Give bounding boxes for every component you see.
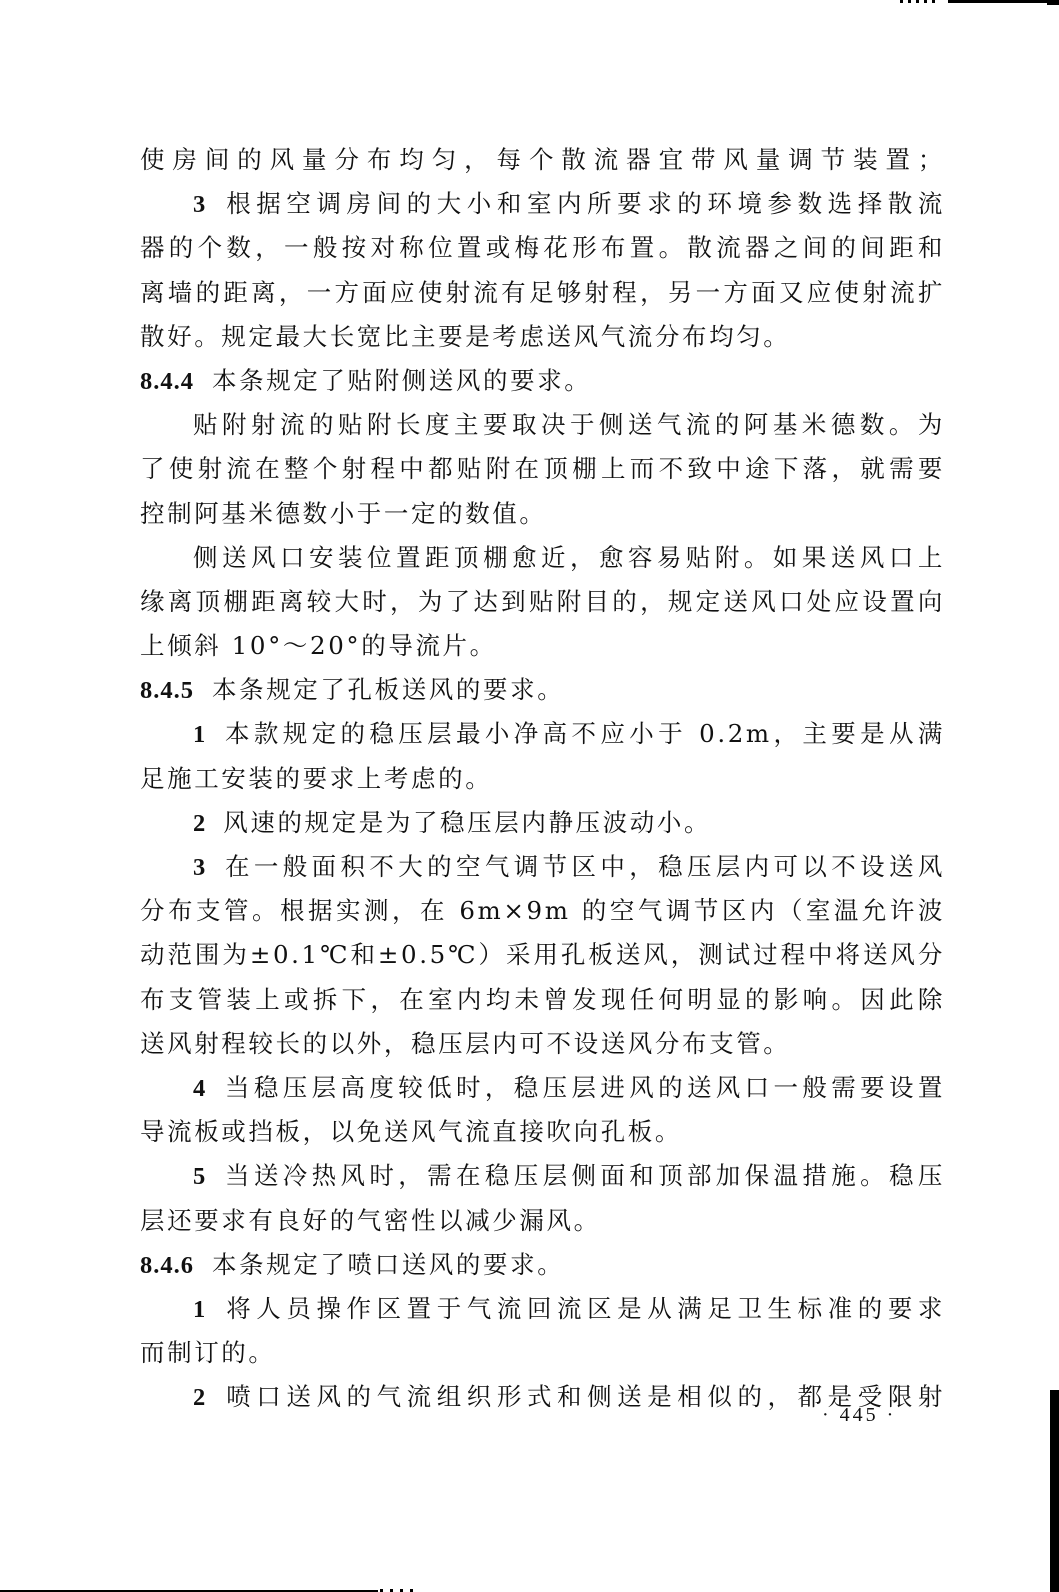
scan-artifact-top-marks — [900, 0, 940, 3]
text-line: 上倾斜 10°～20°的导流片。 — [140, 624, 945, 668]
text-line: 贴附射流的贴附长度主要取决于侧送气流的阿基米德数。为 — [140, 403, 945, 447]
list-item-line: 5当送冷热风时，需在稳压层侧面和顶部加保温措施。稳压 — [140, 1154, 945, 1198]
text-line: 侧送风口安装位置距顶棚愈近，愈容易贴附。如果送风口上 — [140, 536, 945, 580]
text-line: 使房间的风量分布均匀，每个散流器宜带风量调节装置； — [140, 138, 945, 182]
text-line: 控制阿基米德数小于一定的数值。 — [140, 492, 945, 536]
list-item-line: 3根据空调房间的大小和室内所要求的环境参数选择散流 — [140, 182, 945, 226]
item-number: 1 — [193, 721, 205, 748]
text-line: 离墙的距离，一方面应使射流有足够射程，另一方面又应使射流扩 — [140, 271, 945, 315]
list-item-line: 1本款规定的稳压层最小净高不应小于 0.2m，主要是从满 — [140, 712, 945, 756]
section-number: 8.4.6 — [140, 1252, 194, 1279]
page-body: 使房间的风量分布均匀，每个散流器宜带风量调节装置； 3根据空调房间的大小和室内所… — [140, 138, 945, 1419]
section-heading: 8.4.5本条规定了孔板送风的要求。 — [140, 668, 945, 712]
text-line: 布支管装上或拆下，在室内均未曾发现任何明显的影响。因此除 — [140, 978, 945, 1022]
scan-artifact-top-rule — [948, 0, 1059, 3]
text-line: 器的个数，一般按对称位置或梅花形布置。散流器之间的间距和 — [140, 226, 945, 270]
text-line: 而制订的。 — [140, 1331, 945, 1375]
item-number: 2 — [193, 810, 205, 837]
item-number: 1 — [193, 1296, 205, 1323]
list-item-line: 4当稳压层高度较低时，稳压层进风的送风口一般需要设置 — [140, 1066, 945, 1110]
list-item-line: 3在一般面积不大的空气调节区中，稳压层内可以不设送风 — [140, 845, 945, 889]
text-line: 了使射流在整个射程中都贴附在顶棚上而不致中途下落，就需要 — [140, 447, 945, 491]
text-line: 散好。规定最大长宽比主要是考虑送风气流分布均匀。 — [140, 315, 945, 359]
item-number: 2 — [193, 1384, 205, 1411]
page-number: · 445 · — [822, 1404, 896, 1427]
list-item-line: 2风速的规定是为了稳压层内静压波动小。 — [140, 801, 945, 845]
text-line: 足施工安装的要求上考虑的。 — [140, 757, 945, 801]
item-number: 5 — [193, 1163, 205, 1190]
text-line: 动范围为±0.1℃和±0.5℃）采用孔板送风，测试过程中将送风分 — [140, 933, 945, 977]
text-line: 分布支管。根据实测，在 6m×9m 的空气调节区内（室温允许波 — [140, 889, 945, 933]
section-heading: 8.4.6本条规定了喷口送风的要求。 — [140, 1243, 945, 1287]
section-number: 8.4.4 — [140, 368, 194, 395]
section-number: 8.4.5 — [140, 677, 194, 704]
text-line: 送风射程较长的以外，稳压层内可不设送风分布支管。 — [140, 1022, 945, 1066]
scan-artifact-top-block — [1047, 0, 1059, 5]
text-line: 导流板或挡板，以免送风气流直接吹向孔板。 — [140, 1110, 945, 1154]
item-number: 4 — [193, 1075, 205, 1102]
section-heading: 8.4.4本条规定了贴附侧送风的要求。 — [140, 359, 945, 403]
list-item-line: 1将人员操作区置于气流回流区是从满足卫生标准的要求 — [140, 1287, 945, 1331]
scan-artifact-right-edge — [1050, 1390, 1059, 1592]
item-number: 3 — [193, 191, 205, 218]
item-number: 3 — [193, 854, 205, 881]
text-line: 缘离顶棚距离较大时，为了达到贴附目的，规定送风口处应设置向 — [140, 580, 945, 624]
text-line: 层还要求有良好的气密性以减少漏风。 — [140, 1199, 945, 1243]
